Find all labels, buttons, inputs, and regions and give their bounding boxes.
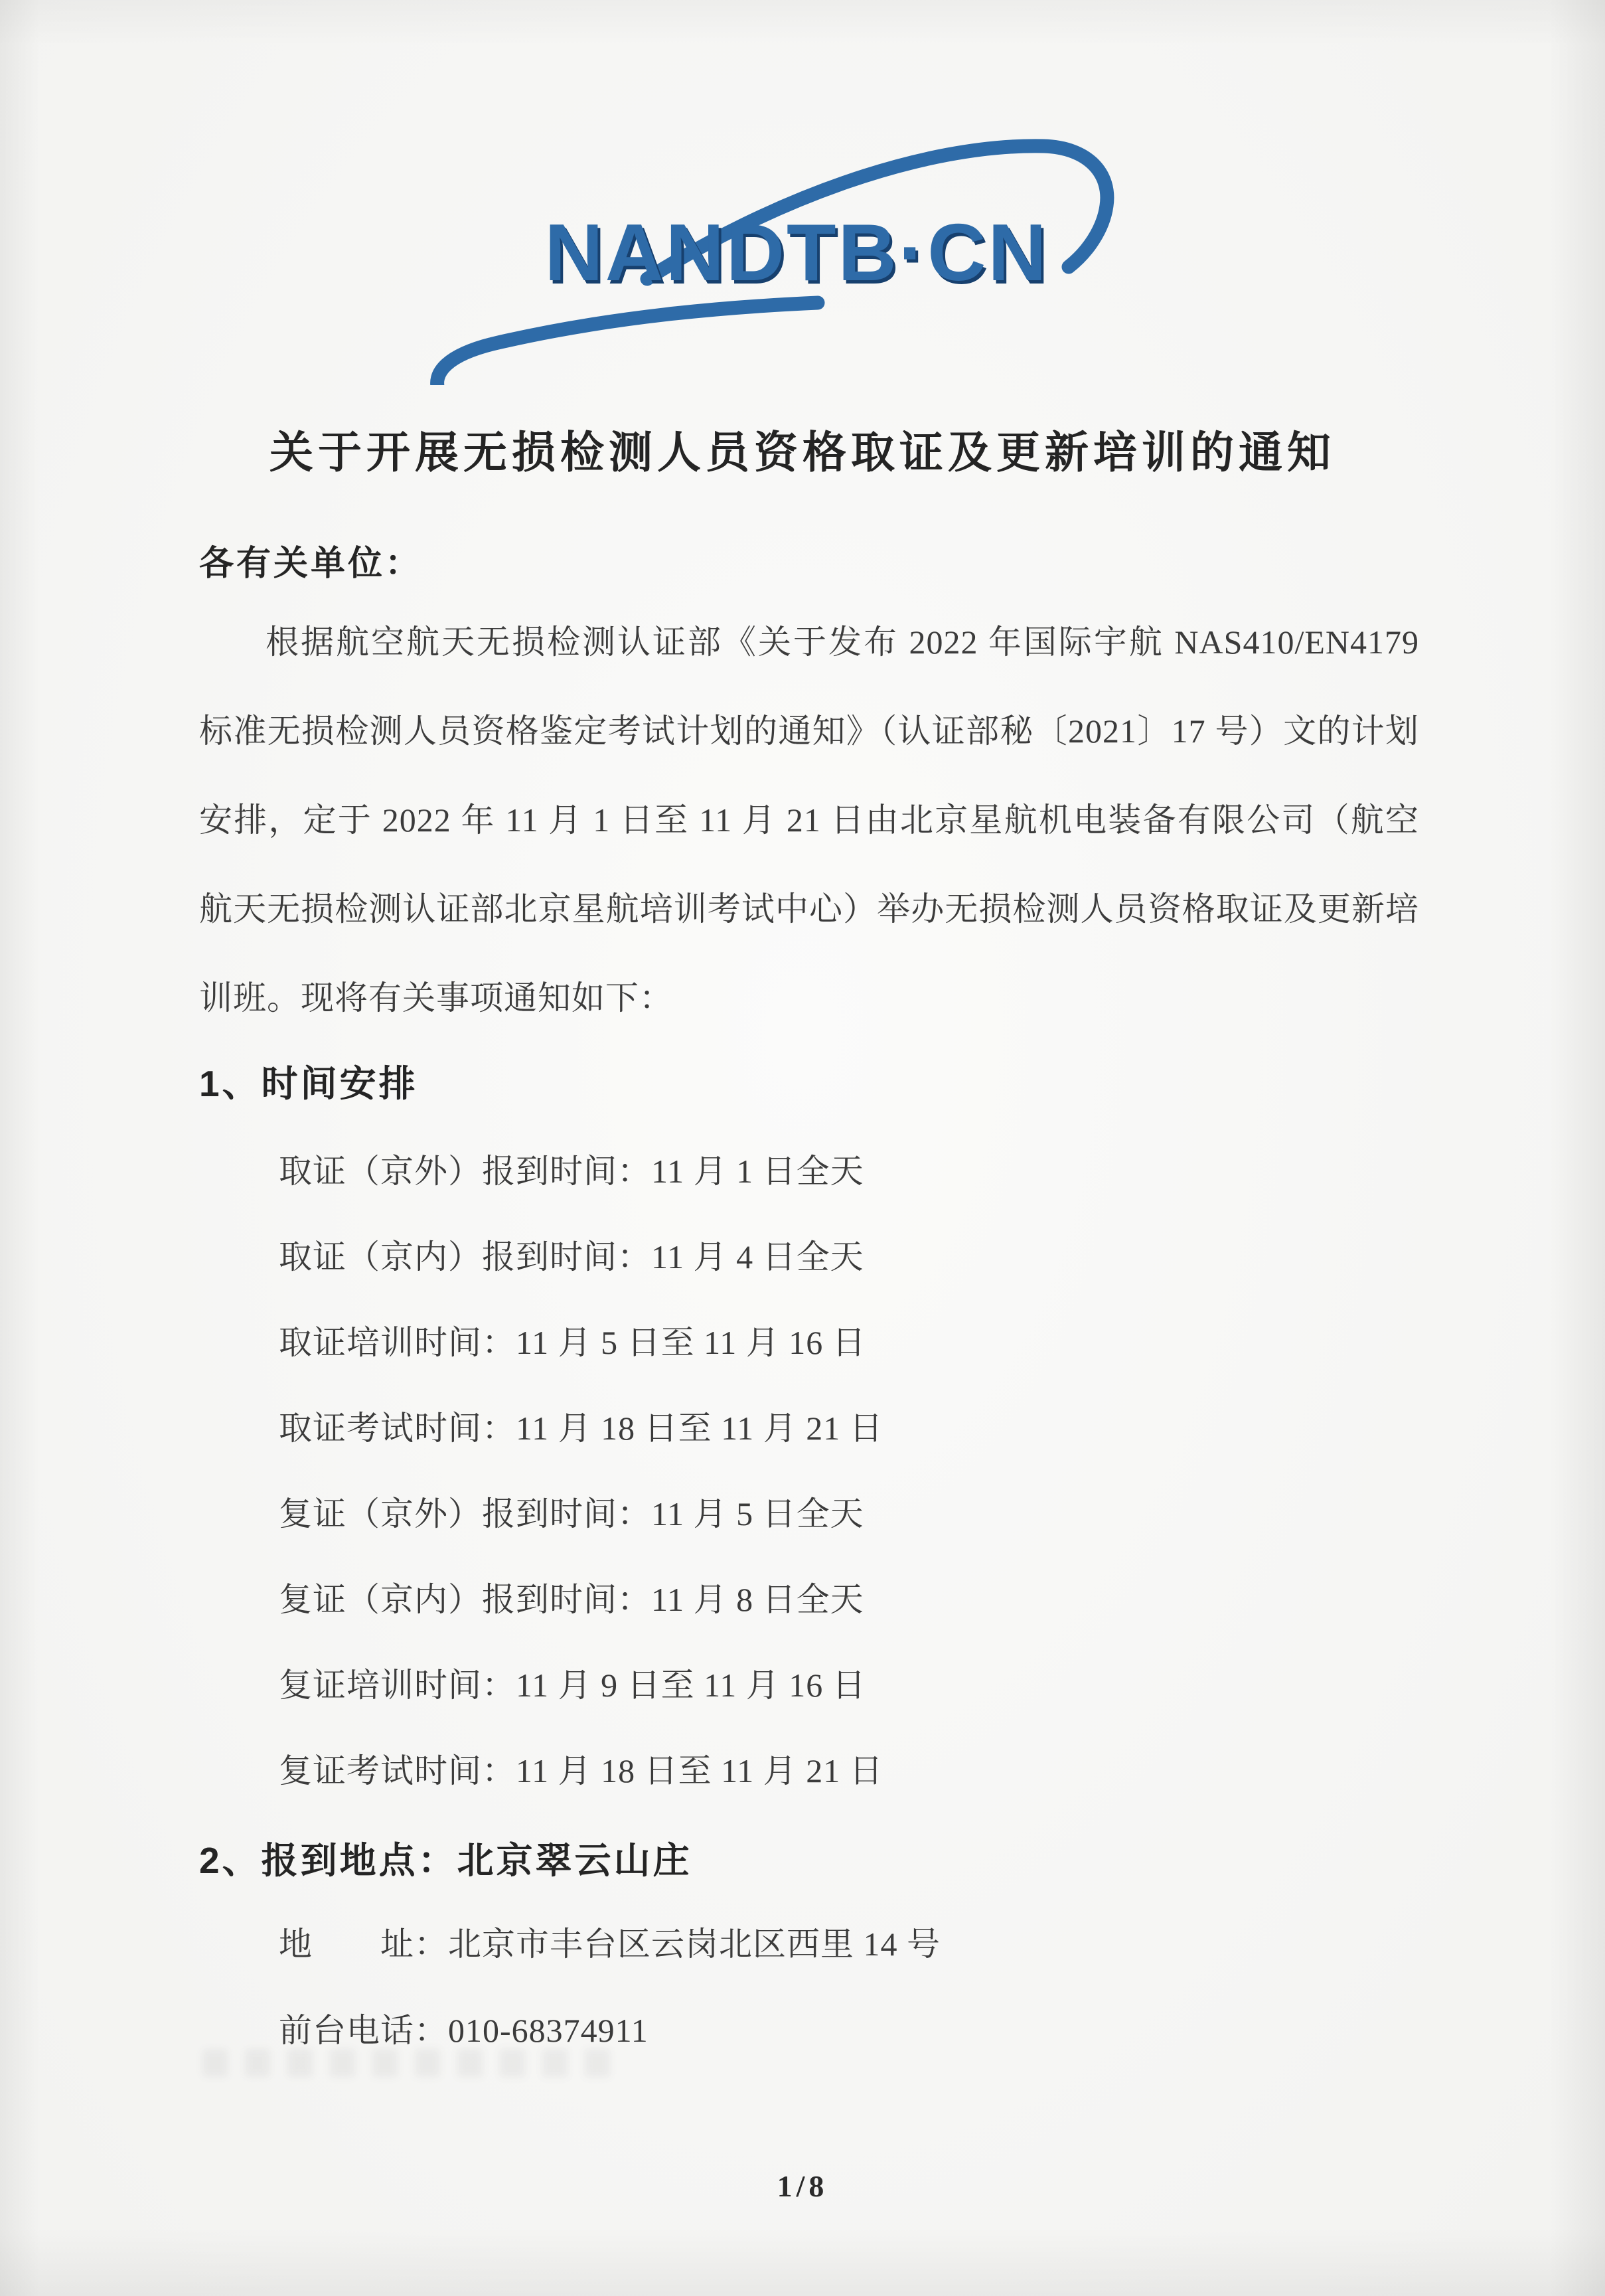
nandtb-logo: NANDTB·CN NANDTB·CN [412,93,1182,385]
schedule-item: 复证考试时间：11 月 18 日至 11 月 21 日 [279,1728,1407,1814]
schedule-item: 复证（京内）报到时间：11 月 8 日全天 [279,1557,1407,1643]
salutation: 各有关单位： [199,535,422,585]
schedule-item: 复证（京外）报到时间：11 月 5 日全天 [279,1471,1407,1557]
address-line: 地 址：北京市丰台区云岗北区西里 14 号 [279,1918,941,1965]
schedule-item: 取证培训时间：11 月 5 日至 11 月 16 日 [279,1300,1407,1386]
logo-wordmark: NANDTB·CN [545,207,1049,297]
page-number: 1/8 [0,2169,1605,2204]
document-title: 关于开展无损检测人员资格取证及更新培训的通知 [100,417,1505,480]
logo-orbit-stroke-bottom [437,303,818,385]
schedule-item: 复证培训时间：11 月 9 日至 11 月 16 日 [279,1643,1407,1728]
schedule-item: 取证（京内）报到时间：11 月 4 日全天 [279,1214,1407,1300]
schedule-item: 取证（京外）报到时间：11 月 1 日全天 [279,1129,1407,1214]
bleed-through-artifact [202,2049,627,2077]
schedule-list: 取证（京外）报到时间：11 月 1 日全天 取证（京内）报到时间：11 月 4 … [279,1129,1407,1814]
schedule-item: 取证考试时间：11 月 18 日至 11 月 21 日 [279,1386,1407,1471]
nandtb-logo-graphic: NANDTB·CN NANDTB·CN [412,93,1182,385]
intro-paragraph: 根据航空航天无损检测认证部《关于发布 2022 年国际宇航 NAS410/EN4… [199,598,1419,1042]
section-heading-schedule: 1、时间安排 [199,1054,418,1107]
phone-line: 前台电话：010-68374911 [279,2004,649,2052]
document-page: NANDTB·CN NANDTB·CN 关于开展无损检测人员资格取证及更新培训的… [0,0,1605,2296]
section-heading-location: 2、报到地点：北京翠云山庄 [199,1831,692,1884]
